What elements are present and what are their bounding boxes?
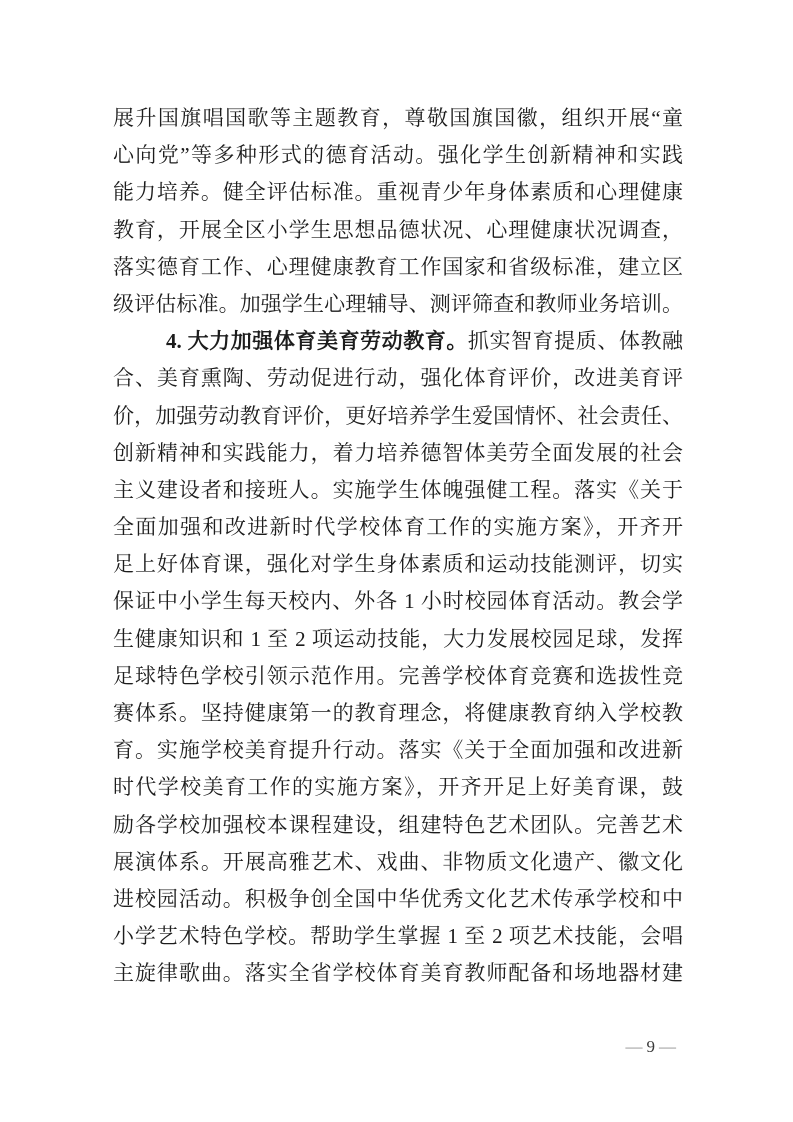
- text-line: 全面加强和改进新时代学校体育工作的实施方案》，开齐开: [113, 509, 683, 546]
- text-line: 进校园活动。积极争创全国中华优秀文化艺术传承学校和中: [113, 881, 683, 918]
- paragraph-indent: [113, 347, 166, 348]
- text-line: 励各学校加强校本课程建设，组建特色艺术团队。完善艺术: [113, 807, 683, 844]
- text-line: 教育，开展全区小学生思想品德状况、心理健康状况调查，: [113, 212, 683, 249]
- text-line: 价，加强劳动教育评价，更好培养学生爱国情怀、社会责任、: [113, 398, 683, 435]
- text-line: 保证中小学生每天校内、外各 1 小时校园体育活动。教会学: [113, 583, 683, 620]
- text-line: 育。实施学校美育提升行动。落实《关于全面加强和改进新: [113, 732, 683, 769]
- text-line: 4. 大力加强体育美育劳动教育。抓实智育提质、体教融: [113, 323, 683, 360]
- text-line: 足上好体育课，强化对学生身体素质和运动技能测评，切实: [113, 546, 683, 583]
- page-number-dash-right: —: [659, 1037, 676, 1056]
- page-number: —9—: [626, 1036, 677, 1058]
- text-line: 主义建设者和接班人。实施学生体魄强健工程。落实《关于: [113, 472, 683, 509]
- page-number-dash-left: —: [626, 1037, 643, 1056]
- text-line: 能力培养。健全评估标准。重视青少年身体素质和心理健康: [113, 174, 683, 211]
- text-line: 生健康知识和 1 至 2 项运动技能，大力发展校园足球，发挥: [113, 621, 683, 658]
- paragraph-item-4-body: 合、美育熏陶、劳动促进行动，强化体育评价，改进美育评价，加强劳动教育评价，更好培…: [113, 360, 683, 992]
- text-column: 展升国旗唱国歌等主题教育，尊敬国旗国徽，组织开展“童心向党”等多种形式的德育活动…: [113, 100, 683, 993]
- page-number-value: 9: [647, 1037, 656, 1056]
- text-line: 时代学校美育工作的实施方案》，开齐开足上好美育课，鼓: [113, 769, 683, 806]
- text-line: 合、美育熏陶、劳动促进行动，强化体育评价，改进美育评: [113, 360, 683, 397]
- text-line: 主旋律歌曲。落实全省学校体育美育教师配备和场地器材建: [113, 955, 683, 992]
- paragraph-item-4: 4. 大力加强体育美育劳动教育。抓实智育提质、体教融 合、美育熏陶、劳动促进行动…: [113, 323, 683, 992]
- paragraph-continuation: 展升国旗唱国歌等主题教育，尊敬国旗国徽，组织开展“童心向党”等多种形式的德育活动…: [113, 100, 683, 323]
- text-line: 展演体系。开展高雅艺术、戏曲、非物质文化遗产、徽文化: [113, 844, 683, 881]
- text-line: 展升国旗唱国歌等主题教育，尊敬国旗国徽，组织开展“童: [113, 100, 683, 137]
- text-line: 小学艺术特色学校。帮助学生掌握 1 至 2 项艺术技能，会唱: [113, 918, 683, 955]
- text-line: 足球特色学校引领示范作用。完善学校体育竞赛和选拔性竞: [113, 658, 683, 695]
- item-4-heading: 4. 大力加强体育美育劳动教育。: [166, 329, 468, 353]
- text-line: 创新精神和实践能力，着力培养德智体美劳全面发展的社会: [113, 435, 683, 472]
- text-line: 级评估标准。加强学生心理辅导、测评筛查和教师业务培训。: [113, 286, 683, 323]
- document-page: 展升国旗唱国歌等主题教育，尊敬国旗国徽，组织开展“童心向党”等多种形式的德育活动…: [0, 0, 793, 1122]
- text-line: 赛体系。坚持健康第一的教育理念，将健康教育纳入学校教: [113, 695, 683, 732]
- item-4-first-line-text: 抓实智育提质、体教融: [468, 329, 683, 353]
- text-line: 心向党”等多种形式的德育活动。强化学生创新精神和实践: [113, 137, 683, 174]
- text-line: 落实德育工作、心理健康教育工作国家和省级标准，建立区: [113, 249, 683, 286]
